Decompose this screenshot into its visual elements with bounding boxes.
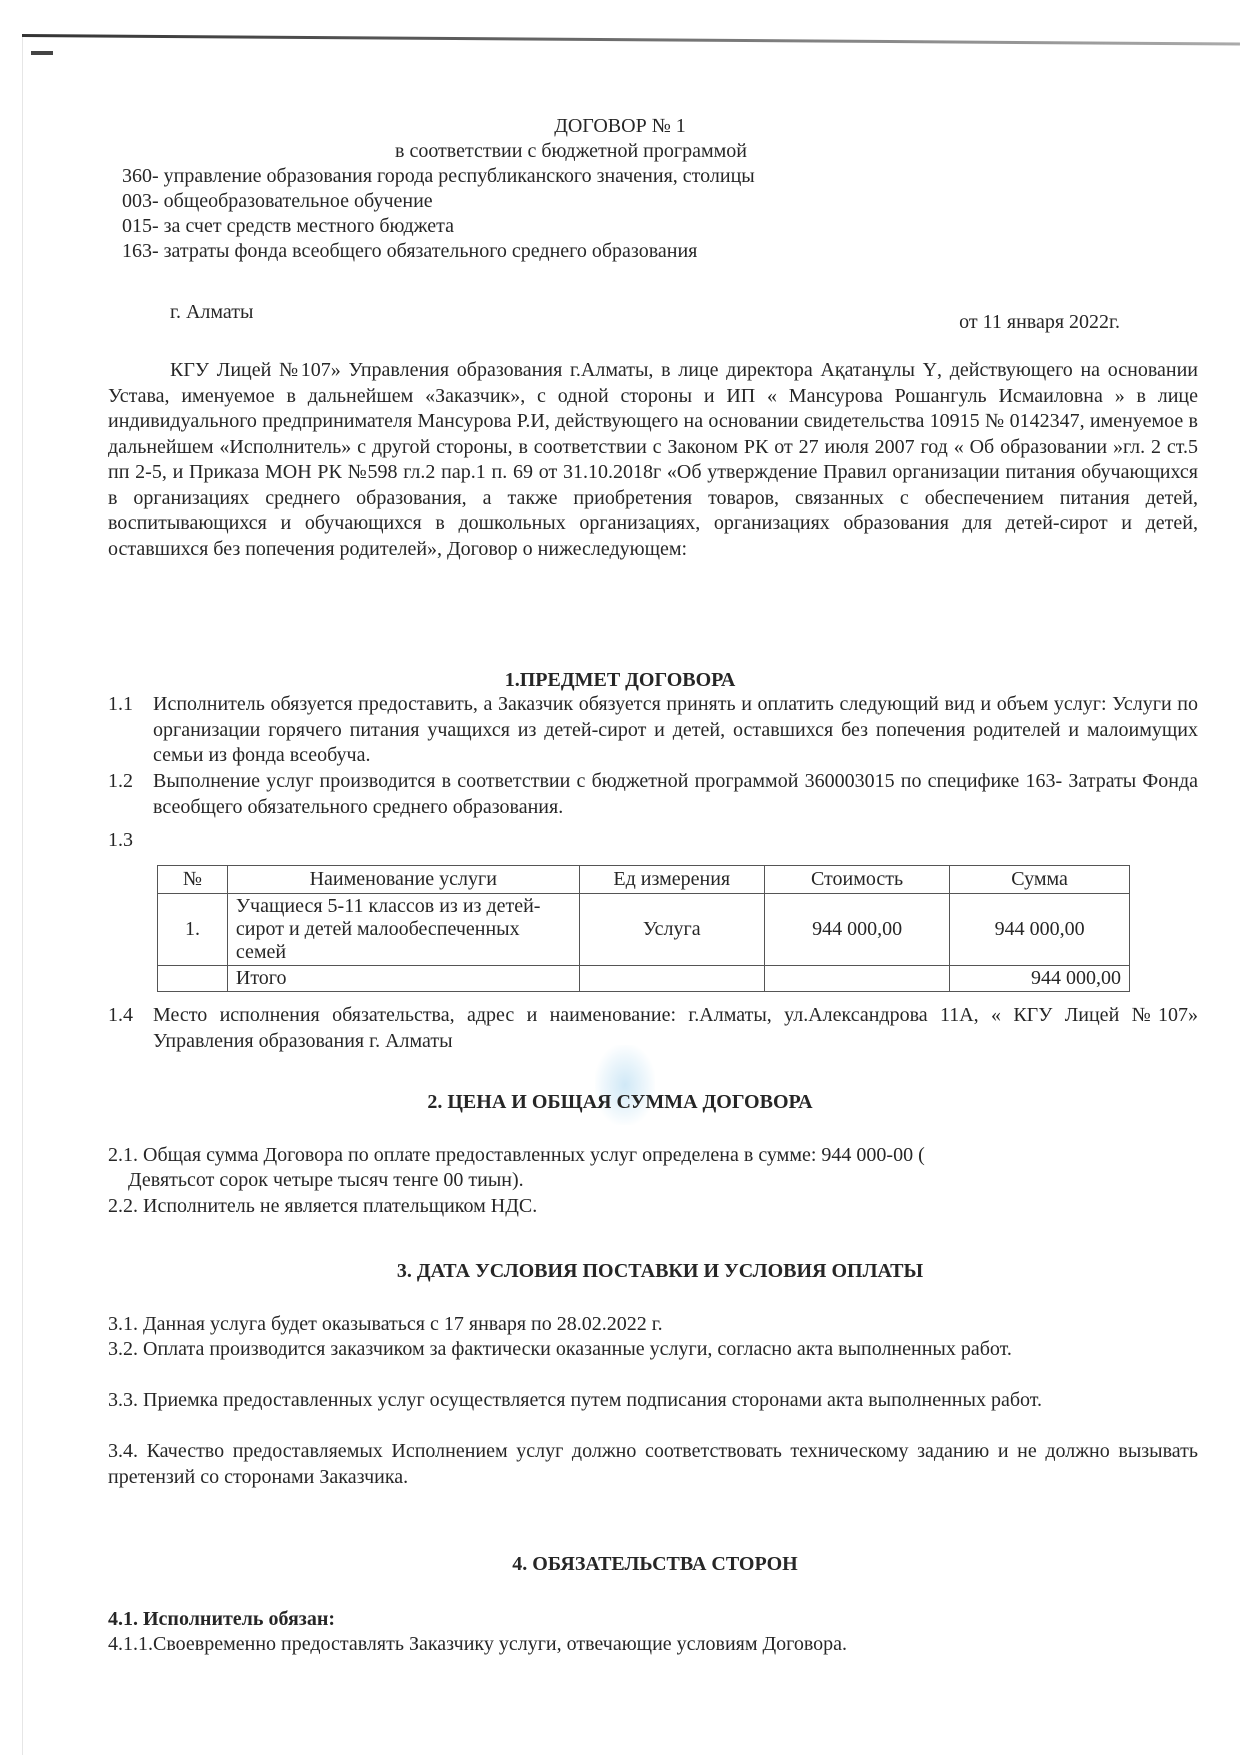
document-city: г. Алматы: [170, 300, 253, 325]
cell-service-name: Учащиеся 5-11 классов из из детей-сирот …: [227, 894, 579, 966]
clause-number: 1.4: [108, 1003, 133, 1029]
cell-unit: Услуга: [579, 894, 764, 966]
clause-3-1: 3.1. Данная услуга будет оказываться с 1…: [108, 1312, 1198, 1338]
cell-no: 1.: [158, 894, 228, 966]
cell-sum: 944 000,00: [950, 894, 1130, 966]
clause-number: 1.2: [108, 769, 133, 795]
cell-empty: [158, 966, 228, 992]
section-1-title: 1.ПРЕДМЕТ ДОГОВОРА: [0, 668, 1240, 693]
scan-top-rule: [22, 34, 1240, 46]
clause-1-1: 1.1 Исполнитель обязуется предоставить, …: [108, 692, 1198, 769]
header-cost: Стоимость: [764, 866, 949, 894]
program-line: 360- управление образования города респу…: [122, 164, 755, 189]
header-service-name: Наименование услуги: [227, 866, 579, 894]
clause-3-2: 3.2. Оплата производится заказчиком за ф…: [108, 1337, 1198, 1363]
table-header-row: № Наименование услуги Ед измерения Стоим…: [158, 866, 1130, 894]
table-total-row: Итого 944 000,00: [158, 966, 1130, 992]
clause-1-2: 1.2 Выполнение услуг производится в соот…: [108, 769, 1198, 820]
program-line: 163- затраты фонда всеобщего обязательно…: [122, 239, 697, 264]
clause-2-1: 2.1. Общая сумма Договора по оплате пред…: [108, 1143, 1198, 1169]
cell-empty: [579, 966, 764, 992]
preamble-text: КГУ Лицей №107» Управления образования г…: [108, 358, 1198, 562]
services-table: № Наименование услуги Ед измерения Стоим…: [157, 865, 1130, 992]
header-unit: Ед измерения: [579, 866, 764, 894]
subheading-4-1: 4.1. Исполнитель обязан:: [108, 1607, 1198, 1633]
document-subtitle: в соответствии с бюджетной программой: [395, 139, 747, 164]
total-label: Итого: [227, 966, 579, 992]
clause-4-1-1: 4.1.1.Своевременно предоставлять Заказчи…: [108, 1632, 1198, 1658]
cell-cost: 944 000,00: [764, 894, 949, 966]
clause-number: 1.1: [108, 692, 133, 718]
header-no: №: [158, 866, 228, 894]
clause-text: Выполнение услуг производится в соответс…: [153, 769, 1198, 820]
clause-3-3: 3.3. Приемка предоставленных услуг осуще…: [108, 1388, 1198, 1414]
preamble: КГУ Лицей №107» Управления образования г…: [108, 358, 1198, 562]
scan-left-edge: [22, 36, 23, 1755]
program-line: 015- за счет средств местного бюджета: [122, 214, 454, 239]
section-4-title: 4. ОБЯЗАТЕЛЬСТВА СТОРОН: [35, 1552, 1240, 1577]
clause-2-1-amount-words: Девятьсот сорок четыре тысяч тенге 00 ти…: [128, 1168, 1218, 1194]
clause-number: 1.3: [108, 828, 133, 854]
clause-3-4: 3.4. Качество предоставляемых Исполнение…: [108, 1439, 1198, 1490]
table-row: 1. Учащиеся 5-11 классов из из детей-сир…: [158, 894, 1130, 966]
clause-text: Исполнитель обязуется предоставить, а За…: [153, 692, 1198, 769]
clause-1-4: 1.4 Место исполнения обязательства, адре…: [108, 1003, 1198, 1054]
document-date: от 11 января 2022г.: [959, 310, 1120, 335]
section-3-title: 3. ДАТА УСЛОВИЯ ПОСТАВКИ И УСЛОВИЯ ОПЛАТ…: [40, 1259, 1240, 1284]
cell-empty: [764, 966, 949, 992]
document-title: ДОГОВОР № 1: [0, 114, 1240, 139]
clause-2-2: 2.2. Исполнитель не является плательщико…: [108, 1194, 1198, 1220]
header-sum: Сумма: [950, 866, 1130, 894]
clause-text: Место исполнения обязательства, адрес и …: [153, 1003, 1198, 1054]
total-value: 944 000,00: [950, 966, 1130, 992]
program-line: 003- общеобразовательное обучение: [122, 189, 433, 214]
section-2-title: 2. ЦЕНА И ОБЩАЯ СУММА ДОГОВОРА: [0, 1090, 1240, 1115]
scan-corner-mark: [31, 51, 53, 55]
